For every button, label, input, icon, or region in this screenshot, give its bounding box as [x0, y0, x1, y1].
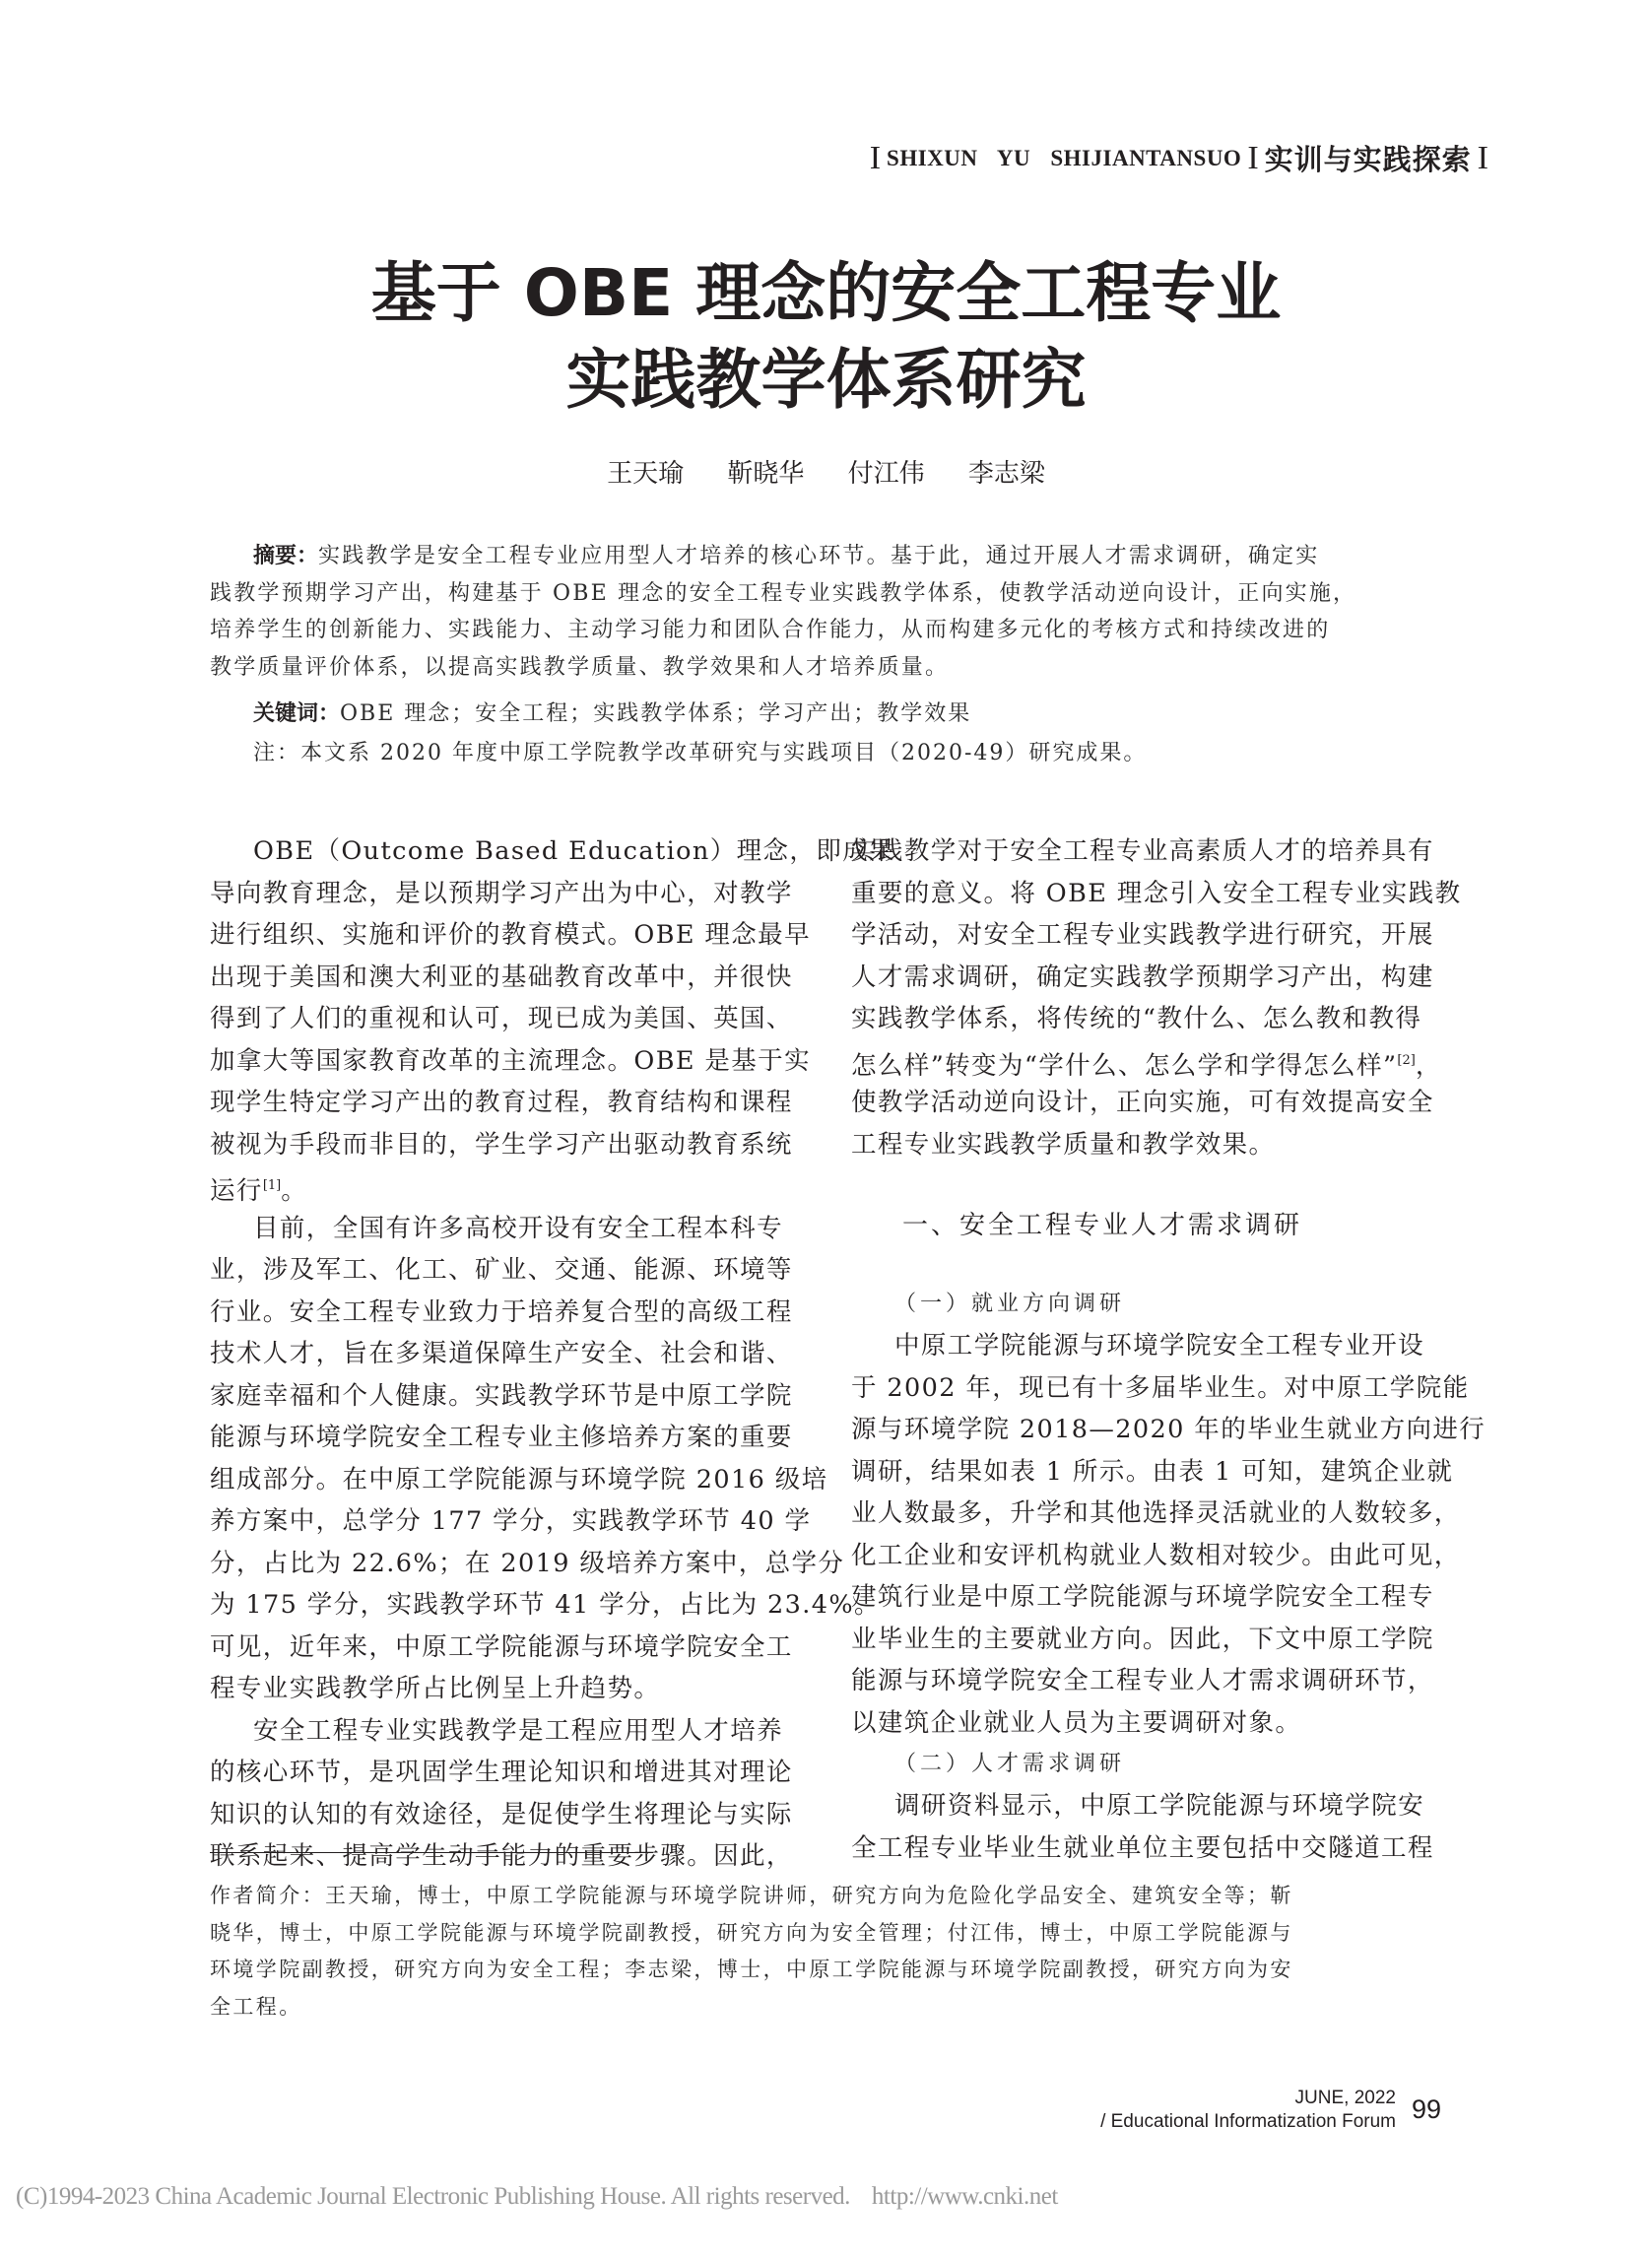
subsection-heading: （一）就业方向调研: [851, 1284, 1460, 1325]
spacer: [851, 1165, 1460, 1205]
abstract: 摘要：实践教学是安全工程专业应用型人才培养的核心环节。基于此，通过开展人才需求调…: [210, 538, 1461, 686]
footnote-line: 晓华，博士，中原工学院能源与环境学院副教授，研究方向为安全管理；付江伟，博士，中…: [210, 1915, 1461, 1953]
issue-date: JUNE, 2022: [1100, 2087, 1396, 2110]
paragraph-line: 被视为手段而非目的，学生学习产出驱动教育系统: [210, 1124, 819, 1166]
author-name: 李志梁: [968, 459, 1045, 489]
paragraph-line: 业，涉及军工、化工、矿业、交通、能源、环境等: [210, 1249, 819, 1292]
paragraph-line: 运行[1]。: [210, 1165, 819, 1208]
paragraph-line: 能源与环境学院安全工程专业主修培养方案的重要: [210, 1417, 819, 1459]
paragraph-line: 联系起来、提高学生动手能力的重要步骤。因此，: [210, 1835, 819, 1878]
keywords-text: OBE 理念；安全工程；实践教学体系；学习产出；教学效果: [340, 701, 971, 726]
paragraph-line: 加拿大等国家教育改革的主流理念。OBE 是基于实: [210, 1040, 819, 1083]
footnote-line: 作者简介：王天瑜，博士，中原工学院能源与环境学院讲师，研究方向为危险化学品安全、…: [210, 1878, 1461, 1915]
citation-reference[interactable]: [1]: [263, 1178, 281, 1193]
paragraph-line: 分，占比为 22.6%；在 2019 级培养方案中，总学分: [210, 1543, 819, 1585]
running-head-pinyin: SHIXUN YU SHIJIANTANSUO: [887, 146, 1241, 171]
paragraph-line: 现学生特定学习产出的教育过程，教育结构和课程: [210, 1082, 819, 1124]
paragraph-line: 能源与环境学院安全工程专业人才需求调研环节，: [851, 1660, 1460, 1702]
paragraph-line: 调研资料显示，中原工学院能源与环境学院安: [851, 1785, 1460, 1827]
paragraph-line: 实践教学对于安全工程专业高素质人才的培养具有: [851, 830, 1460, 873]
paragraph-line: 怎么样”转变为“学什么、怎么学和学得怎么样”[2]，: [851, 1040, 1460, 1083]
paragraph-line: 建筑行业是中原工学院能源与环境学院安全工程专: [851, 1576, 1460, 1619]
paragraph-line: 实践教学体系，将传统的“教什么、怎么教和教得: [851, 998, 1460, 1040]
article-title-line-1: 基于 OBE 理念的安全工程专业: [0, 251, 1652, 336]
footnote-divider: [210, 1852, 653, 1853]
author-name: 付江伟: [848, 459, 925, 489]
cnki-link[interactable]: http://www.cnki.net: [872, 2183, 1058, 2210]
paragraph-line: 中原工学院能源与环境学院安全工程专业开设: [851, 1325, 1460, 1367]
article-title-line-2: 实践教学体系研究: [0, 338, 1652, 423]
abstract-label: 摘要：: [253, 544, 318, 568]
abstract-line: 培养学生的创新能力、实践能力、主动学习能力和团队合作能力，从而构建多元化的考核方…: [210, 612, 1461, 649]
paragraph-line: 得到了人们的重视和认可，现已成为美国、英国、: [210, 998, 819, 1040]
paragraph-line: 人才需求调研，确定实践教学预期学习产出，构建: [851, 957, 1460, 999]
paragraph-line: 出现于美国和澳大利亚的基础教育改革中，并很快: [210, 957, 819, 999]
paragraph-line: 使教学活动逆向设计，正向实施，可有效提高安全: [851, 1082, 1460, 1124]
subsection-heading: （二）人才需求调研: [851, 1744, 1460, 1785]
footnote-line: 全工程。: [210, 1989, 1461, 2026]
paragraph-line: 可见，近年来，中原工学院能源与环境学院安全工: [210, 1627, 819, 1669]
paragraph-line: 家庭幸福和个人健康。实践教学环节是中原工学院: [210, 1375, 819, 1418]
paragraph-line: 以建筑企业就业人员为主要调研对象。: [851, 1702, 1460, 1745]
section-heading: 一、安全工程专业人才需求调研: [851, 1205, 1460, 1246]
paragraph-line: 源与环境学院 2018—2020 年的毕业生就业方向进行: [851, 1409, 1460, 1451]
footnote-line: 环境学院副教授，研究方向为安全工程；李志梁，博士，中原工学院能源与环境学院副教授…: [210, 1952, 1461, 1989]
author-name: 靳晓华: [727, 459, 804, 489]
paragraph-line: 于 2002 年，现已有十多届毕业生。对中原工学院能: [851, 1367, 1460, 1410]
paragraph-line: OBE（Outcome Based Education）理念，即成果: [210, 830, 819, 873]
abstract-line: 摘要：实践教学是安全工程专业应用型人才培养的核心环节。基于此，通过开展人才需求调…: [210, 538, 1461, 575]
keywords-label: 关键词：: [253, 701, 340, 726]
paragraph-line: 重要的意义。将 OBE 理念引入安全工程专业实践教: [851, 873, 1460, 915]
keywords: 关键词：OBE 理念；安全工程；实践教学体系；学习产出；教学效果: [253, 695, 1147, 734]
copyright-text: (C)1994-2023 China Academic Journal Elec…: [16, 2183, 850, 2210]
paragraph-line: 全工程专业毕业生就业单位主要包括中交隧道工程: [851, 1827, 1460, 1870]
abstract-line: 教学质量评价体系，以提高实践教学质量、教学效果和人才培养质量。: [210, 649, 1461, 687]
paragraph-line: 行业。安全工程专业致力于培养复合型的高级工程: [210, 1292, 819, 1334]
paragraph-line: 知识的认知的有效途径，是促使学生将理论与实际: [210, 1794, 819, 1836]
paragraph-line: 工程专业实践教学质量和教学效果。: [851, 1124, 1460, 1166]
spacer: [851, 1246, 1460, 1284]
separator-bar: I: [870, 140, 881, 177]
separator-bar: I: [1247, 140, 1258, 177]
paragraph-line: 的核心环节，是巩固学生理论知识和增进其对理论: [210, 1752, 819, 1794]
running-head-section: 实训与实践探索: [1265, 138, 1472, 178]
paragraph-line: 调研，结果如表 1 所示。由表 1 可知，建筑企业就: [851, 1451, 1460, 1494]
funding-note: 注：本文系 2020 年度中原工学院教学改革研究与实践项目（2020-49）研究…: [253, 734, 1147, 773]
separator-bar: I: [1478, 140, 1488, 177]
paragraph-line: 安全工程专业实践教学是工程应用型人才培养: [210, 1710, 819, 1753]
author-name: 王天瑜: [607, 459, 684, 489]
paragraph-line: 化工企业和安评机构就业人数相对较少。由此可见，: [851, 1535, 1460, 1577]
abstract-line: 践教学预期学习产出，构建基于 OBE 理念的安全工程专业实践教学体系，使教学活动…: [210, 575, 1461, 613]
copyright-notice: (C)1994-2023 China Academic Journal Elec…: [16, 2183, 1058, 2211]
paragraph-line: 程专业实践教学所占比例呈上升趋势。: [210, 1668, 819, 1710]
paragraph-line: 为 175 学分，实践教学环节 41 学分，占比为 23.4%。: [210, 1584, 819, 1627]
paragraph-line: 导向教育理念，是以预期学习产出为中心，对教学: [210, 873, 819, 915]
page-footer: JUNE, 2022 / Educational Informatization…: [1100, 2087, 1396, 2134]
paragraph-line: 业人数最多，升学和其他选择灵活就业的人数较多，: [851, 1493, 1460, 1535]
body-column-left: OBE（Outcome Based Education）理念，即成果导向教育理念…: [210, 830, 819, 1878]
paragraph-line: 组成部分。在中原工学院能源与环境学院 2016 级培: [210, 1459, 819, 1501]
paragraph-line: 学活动，对安全工程专业实践教学进行研究，开展: [851, 914, 1460, 957]
journal-name: / Educational Informatization Forum: [1100, 2110, 1396, 2134]
body-column-right: 实践教学对于安全工程专业高素质人才的培养具有重要的意义。将 OBE 理念引入安全…: [851, 830, 1460, 1869]
citation-reference[interactable]: [2]: [1397, 1053, 1415, 1068]
paragraph-line: 目前，全国有许多高校开设有安全工程本科专: [210, 1208, 819, 1250]
page-number: 99: [1412, 2094, 1441, 2125]
paragraph-line: 养方案中，总学分 177 学分，实践教学环节 40 学: [210, 1500, 819, 1543]
author-bio-footnote: 作者简介：王天瑜，博士，中原工学院能源与环境学院讲师，研究方向为危险化学品安全、…: [210, 1878, 1461, 2026]
author-list: 王天瑜 靳晓华 付江伟 李志梁: [0, 453, 1652, 490]
keywords-and-note: 关键词：OBE 理念；安全工程；实践教学体系；学习产出；教学效果 注：本文系 2…: [253, 695, 1147, 773]
paragraph-line: 进行组织、实施和评价的教育模式。OBE 理念最早: [210, 914, 819, 957]
paragraph-line: 业毕业生的主要就业方向。因此，下文中原工学院: [851, 1619, 1460, 1661]
running-head: I SHIXUN YU SHIJIANTANSUO I 实训与实践探索 I: [864, 138, 1494, 178]
paragraph-line: 技术人才，旨在多渠道保障生产安全、社会和谐、: [210, 1333, 819, 1375]
